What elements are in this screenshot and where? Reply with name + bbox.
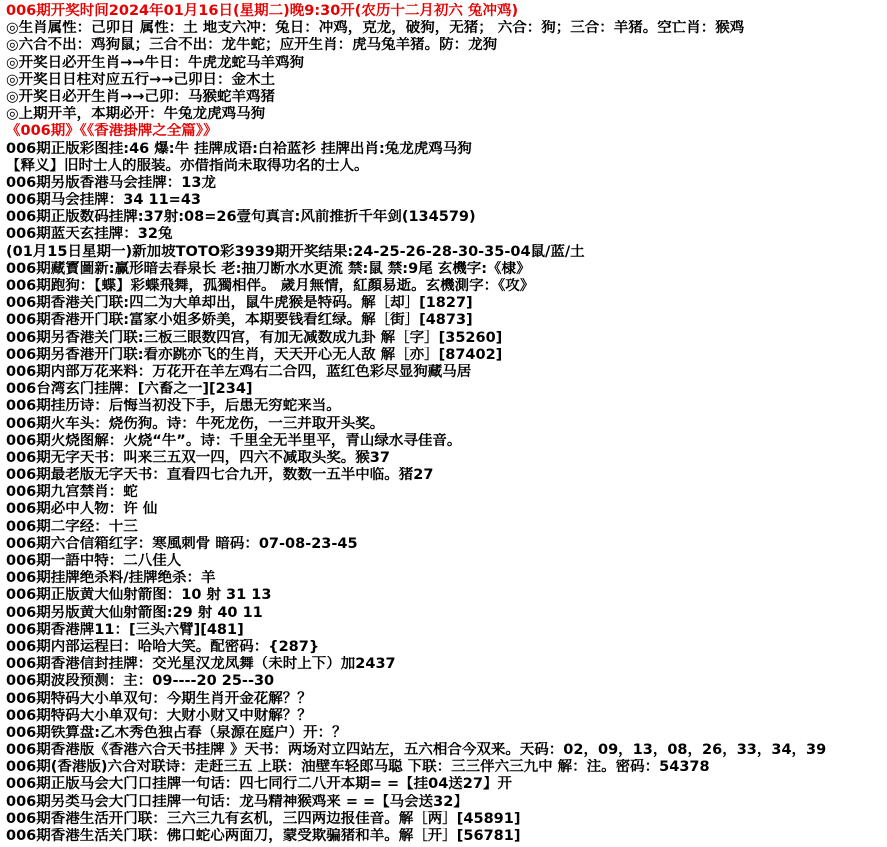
train-head-line: 006期火车头：烧伤狗。诗：牛死龙伤，一三并取开头奖。	[6, 416, 887, 433]
alt-hk-jockey-club-line: 006期另版香港马会挂牌：13龙	[6, 175, 887, 192]
iron-abacus-line: 006期铁算盘:乙木秀色独占春（泉源在庭户）开：？	[6, 725, 887, 742]
hk-life-closing-couplet-line: 006期香港生活关门联：佛口蛇心两面刀，蒙受欺骗猪和羊。解［开］[56781]	[6, 828, 887, 845]
internal-fortune-line: 006期内部运程曰：哈哈大笑。配密码：{287}	[6, 639, 887, 656]
alt-gate-guapai-line: 006期另类马会大门口挂牌一句话：龙马精神猴鸡来 = =【马会送32】	[6, 794, 887, 811]
special-code-phrase-line-2: 006期特码大小单双句：大财小财又中财解？？	[6, 708, 887, 725]
liuhe-exclusion-line: ◎六合不出：鸡狗鼠；三合不出：龙牛蛇；应开生肖：虎马兔羊猪。防：龙狗	[6, 37, 887, 54]
hk-closing-couplet-line: 006期香港关门联:四二为大单却出，鼠牛虎猴是特码。解［却］[1827]	[6, 295, 887, 312]
calendar-poem-line: 006期挂历诗：后悔当初没下手，后患无穷蛇来当。	[6, 398, 887, 415]
blue-sky-guapai-line: 006期蓝天玄挂牌：32兔	[6, 226, 887, 243]
must-open-zodiac-line-1: ◎开奖日必开生肖→→牛日：牛虎龙蛇马羊鸡狗	[6, 55, 887, 72]
treasure-map-line: 006期藏寳圖新:赢形暗去春泉长 老:抽刀断水水更流 禁:鼠 禁:9尾 玄機字:…	[6, 261, 887, 278]
running-dog-line: 006期跑狗：【蝶】彩蝶飛舞，孤獨相伴。 歲月無情，紅顏易逝。玄機測字：《攻》	[6, 278, 887, 295]
taiwan-xuanmen-guapai-line: 006台湾玄门挂牌：[六畜之一][234]	[6, 381, 887, 398]
hk-opening-couplet-line: 006期香港开门联:富家小姐多娇美，本期要钱看红绿。解［街］[4873]	[6, 312, 887, 329]
official-wongtaisin-line: 006期正版黄大仙射箭图：10 射 31 13	[6, 587, 887, 604]
liuhe-couplet-poem-line: 006期(香港版)六合对联诗：走赶三五 上联：油壁车轻郎马聪 下联：三三伴六三九…	[6, 759, 887, 776]
interpretation-line: 【释义】旧时士人的服装。亦借指尚未取得功名的士人。	[6, 158, 887, 175]
hk-life-opening-couplet-line: 006期香港生活开门联：三六三九有玄机，三四两边报佳音。解［两］[45891]	[6, 811, 887, 828]
one-phrase-special-line: 006期一語中特：二八佳人	[6, 553, 887, 570]
internal-wanhua-line: 006期内部万花来料：万花开在羊左鸡右二合四，蓝红色彩尽显狗藏马居	[6, 364, 887, 381]
jiugong-forbidden-line: 006期九宫禁肖：蛇	[6, 484, 887, 501]
official-gate-guapai-line: 006期正版马会大门口挂牌一句话：四七同行二八开本期= =【挂04送27】开	[6, 776, 887, 793]
must-hit-person-line: 006期必中人物：许 仙	[6, 501, 887, 518]
fire-chart-line: 006期火烧图解：火烧“牛”。诗：千里全无半里平，青山绿水寻佳音。	[6, 433, 887, 450]
five-elements-line: ◎开奖日日柱对应五行→→己卯日：金木土	[6, 72, 887, 89]
wordless-book-line: 006期无字天书：叫来三五双一四，四六不减取头奖。猴37	[6, 450, 887, 467]
lottery-info-page: 006期开奖时间2024年01月16日(星期二)晚9:30开(农历十二月初六 兔…	[0, 0, 887, 845]
jockey-club-guapai-line: 006期马会挂牌：34 11=43	[6, 192, 887, 209]
mailbox-red-words-line: 006期六合信箱红字：寒風刺骨 暗码：07-08-23-45	[6, 536, 887, 553]
official-digit-guapai-line: 006期正版数码挂牌:37射:08=26壹句真言:风前推折千年剑(134579)	[6, 209, 887, 226]
last-period-line: ◎上期开羊，本期必开：牛兔龙虎鸡马狗	[6, 106, 887, 123]
guapai-kill-line: 006期挂牌绝杀料/挂牌绝杀：羊	[6, 570, 887, 587]
must-open-zodiac-line-2: ◎开奖日必开生肖→→己卯：马猴蛇羊鸡猪	[6, 89, 887, 106]
hk-guapai-section-title: 《006期》《《香港掛牌之全篇》》	[6, 123, 887, 140]
alt-wongtaisin-line: 006期另版黄大仙射箭图:29 射 40 11	[6, 605, 887, 622]
wave-band-prediction-line: 006期波段预测：主：09----20 25--30	[6, 673, 887, 690]
special-code-phrase-line-1: 006期特码大小单双句：今期生肖开金花解？？	[6, 691, 887, 708]
official-color-chart-line: 006期正版彩图挂:46 爆:牛 挂牌成语:白袷蓝衫 挂牌出肖:兔龙虎鸡马狗	[6, 141, 887, 158]
alt-hk-opening-couplet-line: 006期另香港开门联:看亦跳亦飞的生肖，天天开心无人敌 解［亦］[87402]	[6, 347, 887, 364]
draw-time-header: 006期开奖时间2024年01月16日(星期二)晚9:30开(农历十二月初六 兔…	[6, 3, 887, 20]
hk-envelope-guapai-line: 006期香港信封挂牌：交光星汉龙凤舞（未时上下）加2437	[6, 656, 887, 673]
hk-pai-line: 006期香港牌11：[三头六臂][481]	[6, 622, 887, 639]
alt-hk-closing-couplet-line: 006期另香港关门联:三板三眼数四宫，有加无减数成九卦 解［字］[35260]	[6, 330, 887, 347]
two-word-classic-line: 006期二字经：十三	[6, 519, 887, 536]
hk-tianshu-guapai-line: 006期香港版《香港六合天书挂牌 》天书：两场对立四站左，五六相合今双来。天码：…	[6, 742, 887, 759]
oldest-wordless-book-line: 006期最老版无字天书：直看四七合九开，数数一五半中临。猪27	[6, 467, 887, 484]
singapore-toto-result-line: (01月15日星期一)新加坡TOTO彩3939期开奖结果:24-25-26-28…	[6, 244, 887, 261]
zodiac-attributes-line: ◎生肖属性：己卯日 属性：土 地支六冲：兔日：冲鸡，克龙，破狗，无猪； 六合：狗…	[6, 20, 887, 37]
